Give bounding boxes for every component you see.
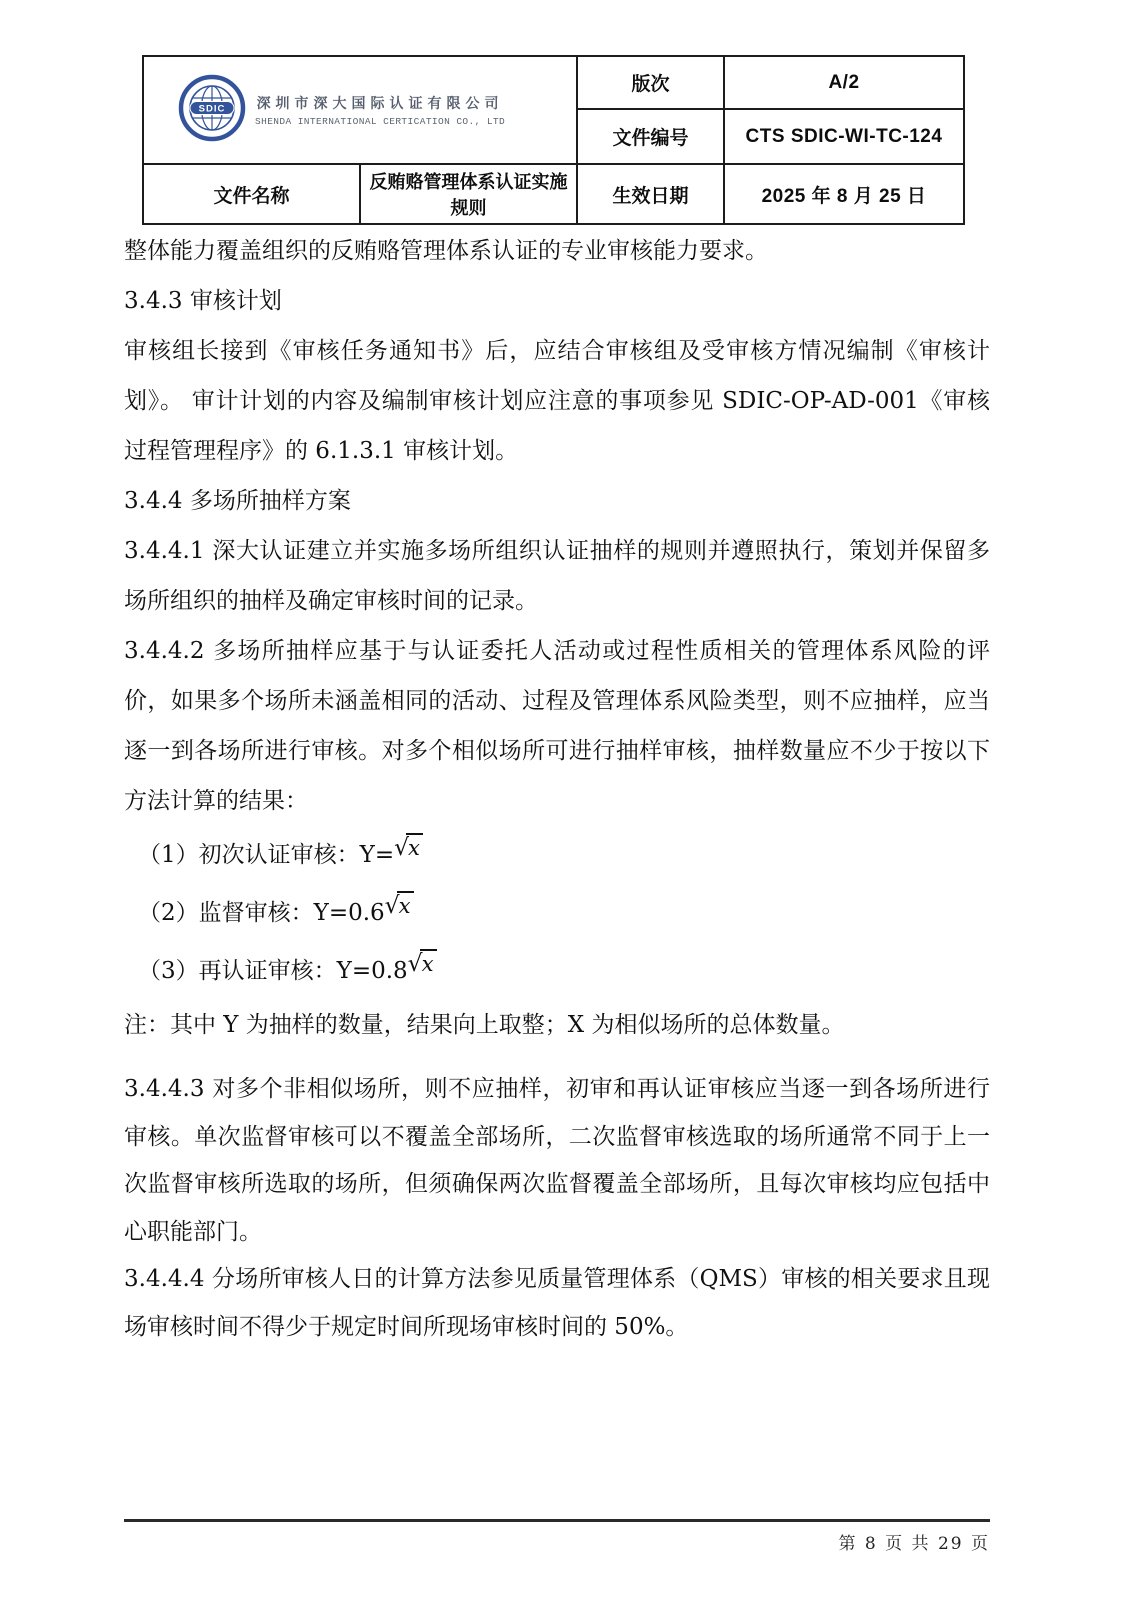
page-number: 第 8 页 共 29 页 (839, 1534, 990, 1554)
radicand: x (406, 833, 423, 860)
version-label: 版次 (577, 56, 724, 109)
effective-date-label: 生效日期 (577, 164, 724, 224)
company-name-en: SHENDA INTERNATIONAL CERTICATION CO., LT… (255, 116, 505, 127)
doc-name-value: 反贿赂管理体系认证实施规则 (360, 164, 577, 224)
sqrt-expression: √x (394, 819, 423, 877)
company-name-cn: 深圳市深大国际认证有限公司 (255, 93, 505, 113)
paragraph-3-4-4-3: 3.4.4.3 对多个非相似场所，则不应抽样，初审和再认证审核应当逐一到各场所进… (124, 1066, 990, 1256)
doc-name-label: 文件名称 (143, 164, 360, 224)
note-paragraph: 注：其中 Y 为抽样的数量，结果向上取整；X 为相似场所的总体数量。 (124, 1000, 990, 1050)
formula-initial-certification: （1）初次认证审核：Y=√x (124, 826, 990, 884)
logo-badge-text: SDIC (199, 104, 226, 115)
document-header-table: SDIC 深圳市深大国际认证有限公司 SHENDA INTERNATIONAL … (142, 55, 965, 225)
sqrt-expression: √x (408, 935, 437, 993)
radicand: x (420, 949, 437, 976)
document-page: SDIC 深圳市深大国际认证有限公司 SHENDA INTERNATIONAL … (0, 0, 1131, 1600)
page-footer: 第 8 页 共 29 页 (124, 1519, 990, 1554)
formula-1-text: （1）初次认证审核：Y= (138, 842, 394, 868)
sqrt-expression: √x (385, 877, 414, 935)
heading-3-4-3: 3.4.3 审核计划 (124, 276, 990, 326)
heading-3-4-4: 3.4.4 多场所抽样方案 (124, 476, 990, 526)
paragraph-intro: 整体能力覆盖组织的反贿赂管理体系认证的专业审核能力要求。 (124, 226, 990, 276)
formula-3-text: （3）再认证审核：Y=0.8 (138, 958, 408, 984)
paragraph-3-4-4-1: 3.4.4.1 深大认证建立并实施多场所组织认证抽样的规则并遵照执行，策划并保留… (124, 526, 990, 626)
paragraph-3-4-4-2: 3.4.4.2 多场所抽样应基于与认证委托人活动或过程性质相关的管理体系风险的评… (124, 626, 990, 826)
company-logo-cell: SDIC 深圳市深大国际认证有限公司 SHENDA INTERNATIONAL … (143, 56, 577, 164)
doc-number-label: 文件编号 (577, 109, 724, 164)
doc-number-value: CTS SDIC-WI-TC-124 (724, 109, 964, 164)
paragraph-3-4-3: 审核组长接到《审核任务通知书》后，应结合审核组及受审核方情况编制《审核计划》。 … (124, 326, 990, 476)
radicand: x (397, 891, 414, 918)
document-body: 整体能力覆盖组织的反贿赂管理体系认证的专业审核能力要求。 3.4.3 审核计划 … (124, 226, 990, 1351)
paragraph-3-4-4-4: 3.4.4.4 分场所审核人日的计算方法参见质量管理体系（QMS）审核的相关要求… (124, 1256, 990, 1351)
formula-surveillance-audit: （2）监督审核：Y=0.6√x (124, 884, 990, 942)
company-logo-icon: SDIC (178, 74, 246, 146)
version-value: A/2 (724, 56, 964, 109)
effective-date-value: 2025 年 8 月 25 日 (724, 164, 964, 224)
formula-2-text: （2）监督审核：Y=0.6 (138, 900, 385, 926)
formula-recertification-audit: （3）再认证审核：Y=0.8√x (124, 942, 990, 1000)
